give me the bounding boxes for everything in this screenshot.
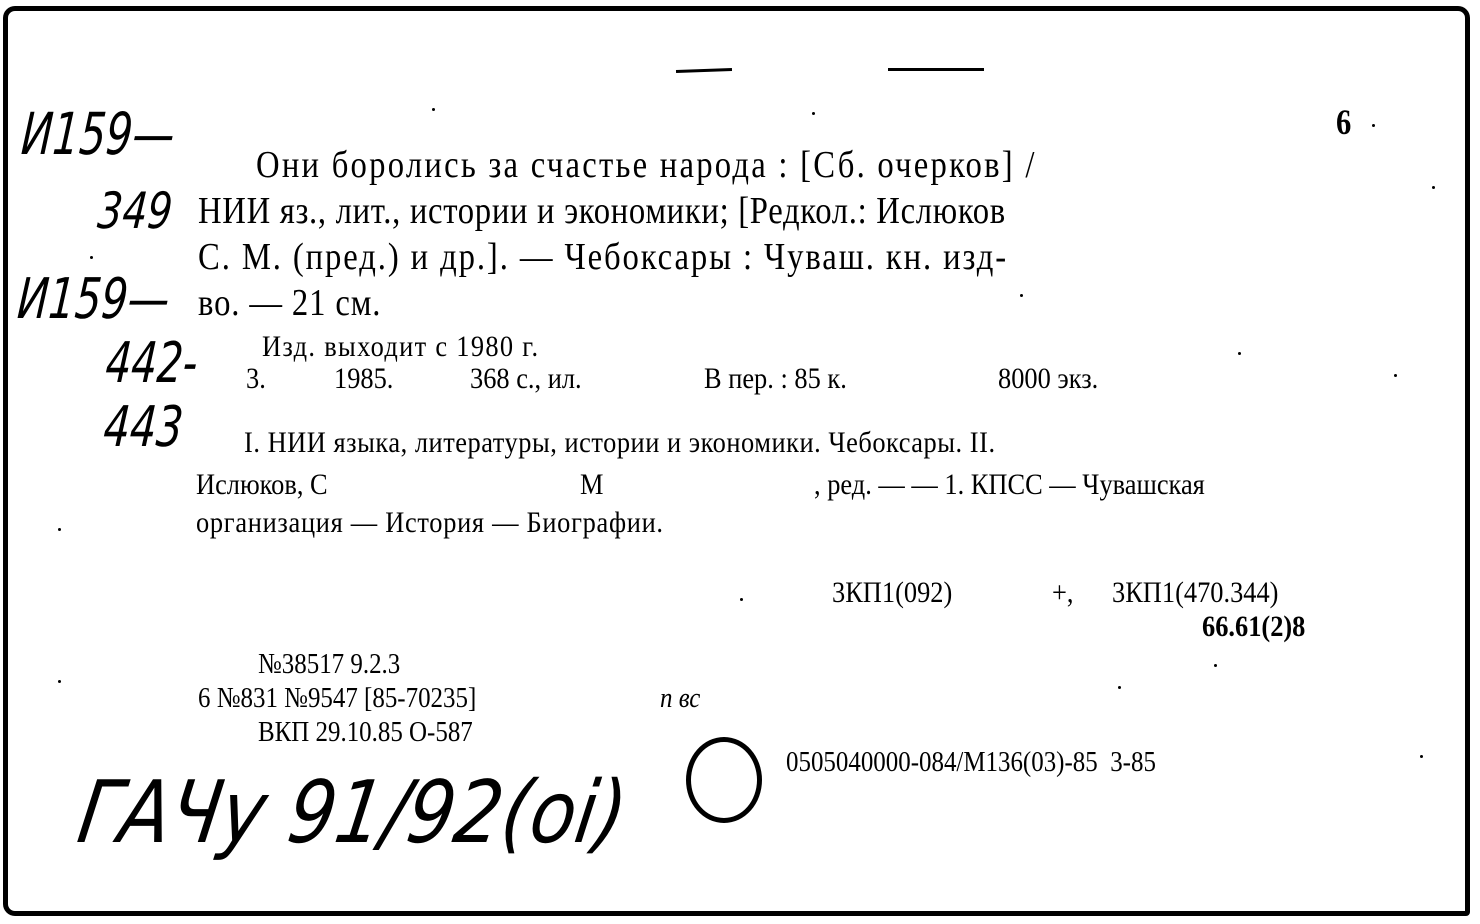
scan-speck (1214, 664, 1217, 667)
title-line-3: С. М. (пред.) и др.]. — Чебоксары : Чува… (198, 238, 1008, 276)
classification-bbk: 66.61(2)8 (1202, 612, 1305, 642)
registry-line-1: №38517 9.2.3 (258, 650, 400, 679)
handwritten-call-number-4: 442- (104, 336, 200, 392)
registry-line-3: ВКП 29.10.85 О-587 (258, 718, 473, 747)
classification-plus: +, (1052, 578, 1073, 608)
scan-speck (1420, 755, 1423, 758)
scan-speck (740, 598, 743, 601)
tracings-line-2-initial: М (580, 470, 603, 500)
top-dash-right (888, 68, 984, 71)
registry-line-2: 6 №831 №9547 [85-70235] (198, 684, 476, 713)
handwritten-call-number-3: И159— (16, 272, 172, 328)
series-note: Изд. выходит с 1980 г. (262, 332, 539, 362)
tracings-line-2-rest: , ред. — — 1. КПСС — Чувашская (814, 470, 1205, 500)
handwritten-call-number-2: 349 (96, 186, 175, 236)
tracings-line-2-name: Ислюков, С (196, 470, 328, 500)
classification-code-b: 3КП1(470.344) (1112, 578, 1278, 608)
scan-speck (58, 528, 61, 531)
page-count: 368 с., ил. (470, 364, 582, 394)
scan-speck (1238, 352, 1241, 355)
scan-speck (1394, 374, 1397, 377)
scan-speck (1118, 686, 1121, 689)
handwritten-shelf-note: ГАЧу 91/92(oi) (73, 770, 632, 856)
scan-speck (58, 680, 61, 683)
handwritten-call-number-1: И159— (20, 105, 177, 163)
scan-speck (1372, 124, 1375, 127)
scan-speck (812, 112, 815, 115)
volume-number: 3. (246, 364, 266, 394)
scan-speck (1020, 294, 1023, 297)
scan-speck (432, 108, 435, 111)
classification-code-a: 3КП1(092) (832, 578, 952, 608)
binding-price: В пер. : 85 к. (704, 364, 847, 394)
tracings-line-1: I. НИИ языка, литературы, истории и экон… (244, 428, 996, 458)
title-line-2: НИИ яз., лит., истории и экономики; [Ред… (198, 192, 1006, 230)
circle-stamp-icon (686, 737, 762, 823)
bottom-publication-code: 0505040000-084/М136(03)-85 3-85 (786, 748, 1156, 777)
publication-year: 1985. (334, 364, 393, 394)
title-line-1: Они боролись за счастье народа : [Сб. оч… (256, 146, 1037, 184)
title-line-4: во. — 21 см. (198, 284, 381, 322)
page-number: 6 (1336, 104, 1351, 140)
tracings-line-3: организация — История — Биографии. (196, 508, 664, 538)
scan-speck (90, 256, 93, 259)
registry-line-2-suffix: п вс (660, 684, 700, 713)
scan-speck (1432, 186, 1435, 189)
print-run: 8000 экз. (998, 364, 1098, 394)
handwritten-call-number-5: 443 (102, 400, 185, 456)
